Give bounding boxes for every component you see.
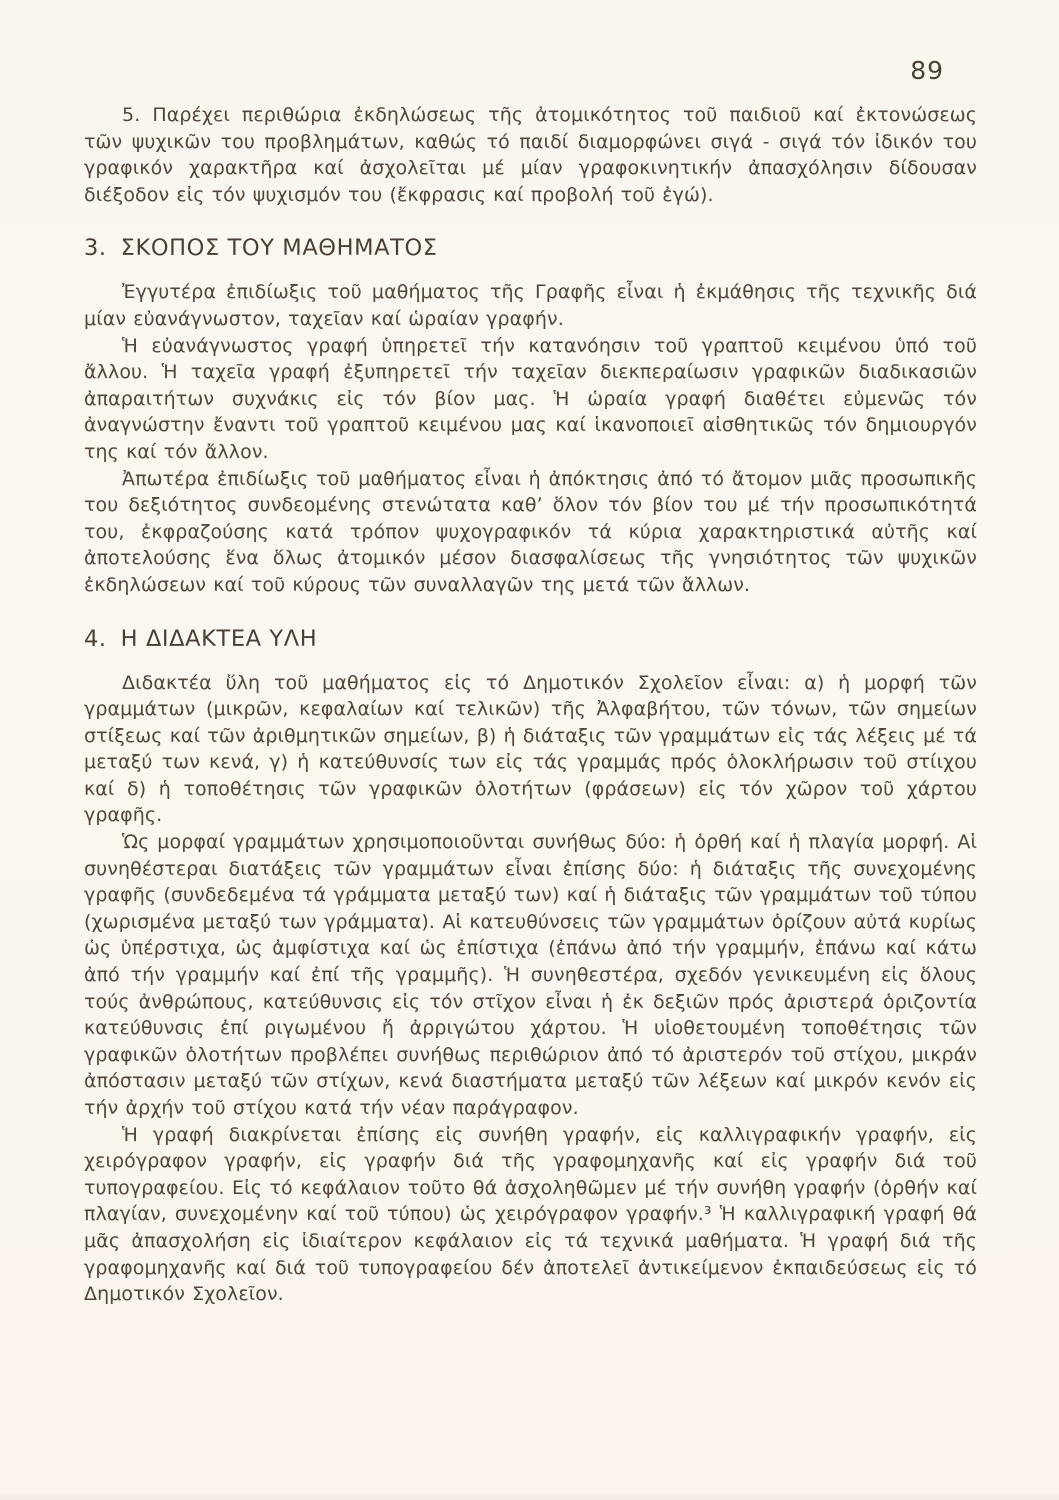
section-4-paragraph-1: Διδακτέα ὕλη τοῦ μαθήματος εἰς τό Δημοτι… xyxy=(84,670,977,830)
document-page: 89 5. Παρέχει περιθώρια ἐκδηλώσεως τῆς ἀ… xyxy=(0,0,1059,1500)
section-3-paragraph-3: Ἀπωτέρα ἐπιδίωξις τοῦ μαθήματος εἶναι ἡ … xyxy=(84,466,977,599)
section-4-heading: 4.Η ΔΙΔΑΚΤΕΑ ΥΛΗ xyxy=(84,626,977,652)
section-4-paragraph-2: Ὡς μορφαί γραμμάτων χρησιμοποιοῦνται συν… xyxy=(84,829,977,1122)
scan-bottom-shadow xyxy=(0,1492,1059,1500)
section-3-title: ΣΚΟΠΟΣ ΤΟΥ ΜΑΘΗΜΑΤΟΣ xyxy=(121,235,438,261)
paragraph-item-5: 5. Παρέχει περιθώρια ἐκδηλώσεως τῆς ἀτομ… xyxy=(84,102,977,208)
section-3-heading: 3.ΣΚΟΠΟΣ ΤΟΥ ΜΑΘΗΜΑΤΟΣ xyxy=(84,235,977,261)
section-4-paragraph-3: Ἡ γραφή διακρίνεται ἐπίσης εἰς συνήθη γρ… xyxy=(84,1122,977,1308)
page-number: 89 xyxy=(884,56,944,85)
section-4-number: 4. xyxy=(84,626,107,652)
section-3-number: 3. xyxy=(84,235,107,261)
section-3-paragraph-2: Ἡ εὐανάγνωστος γραφή ὑπηρετεῖ τήν κατανό… xyxy=(84,333,977,466)
section-3-paragraph-1: Ἐγγυτέρα ἐπιδίωξις τοῦ μαθήματος τῆς Γρα… xyxy=(84,279,977,332)
page-content: 5. Παρέχει περιθώρια ἐκδηλώσεως τῆς ἀτομ… xyxy=(84,102,977,1308)
section-4-title: Η ΔΙΔΑΚΤΕΑ ΥΛΗ xyxy=(121,626,318,652)
